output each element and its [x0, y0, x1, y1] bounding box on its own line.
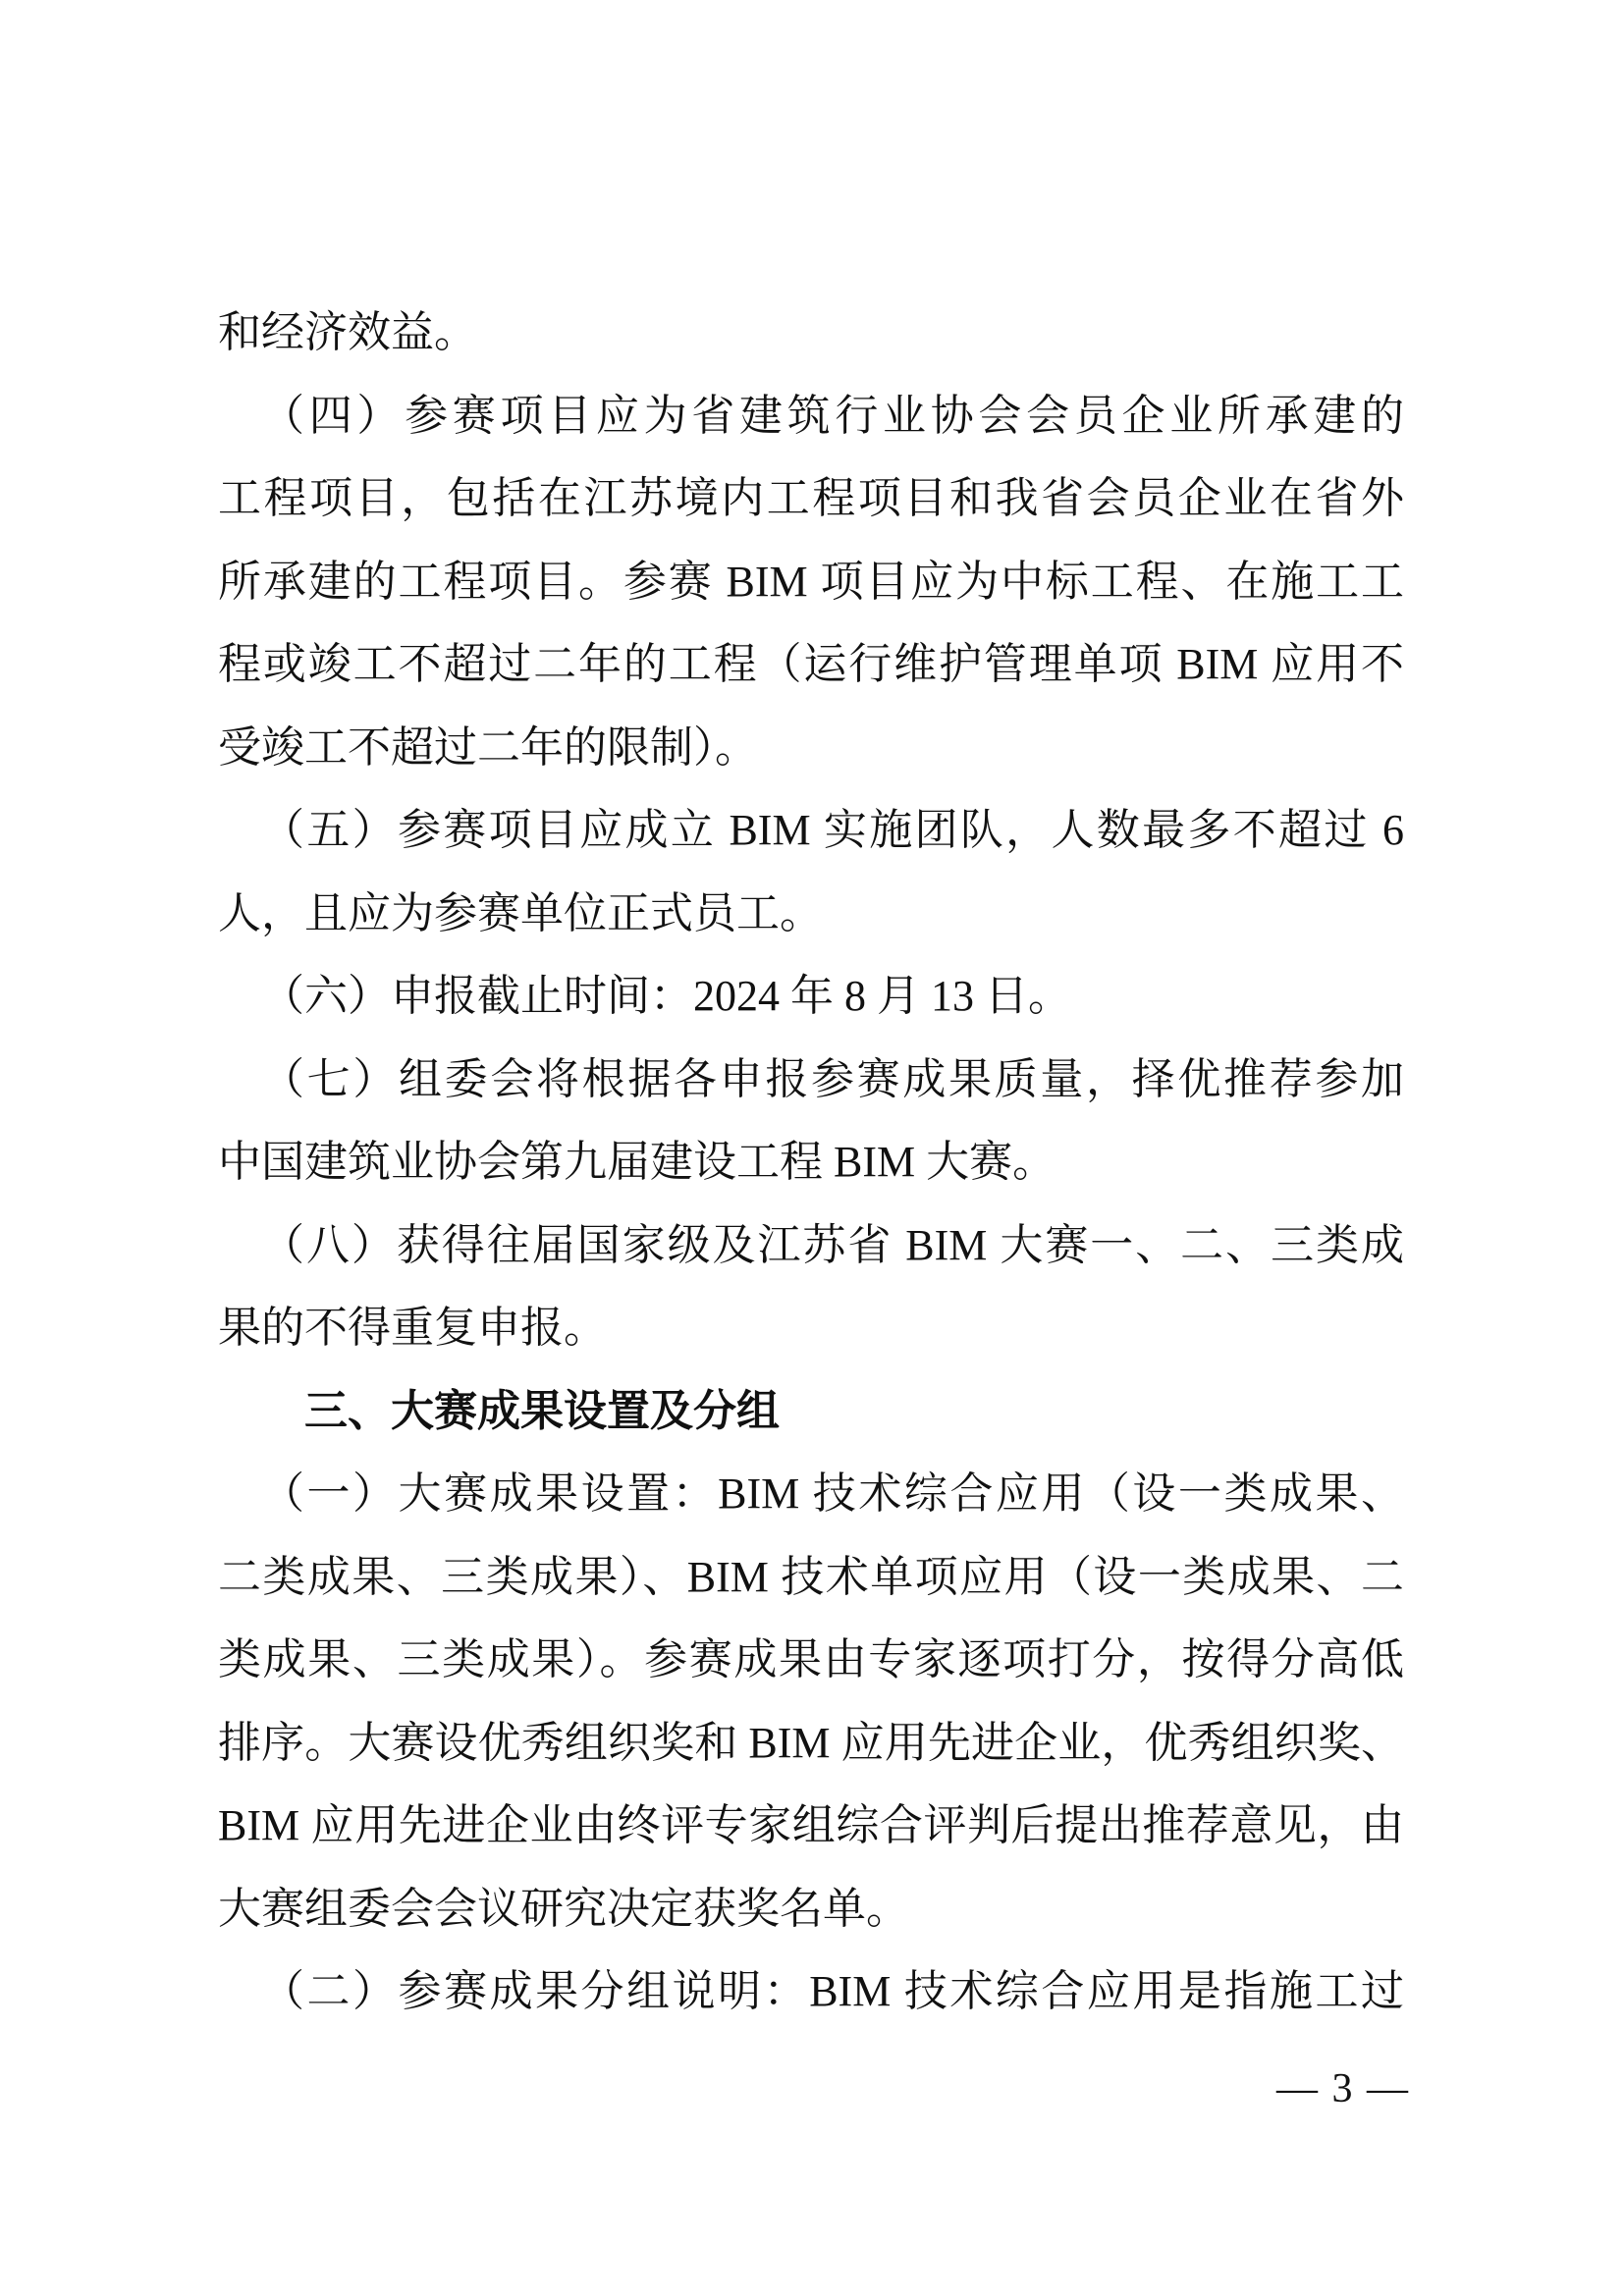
text-line: 果的不得重复申报。 — [218, 1287, 1404, 1370]
text-line: 和经济效益。 — [218, 292, 1404, 375]
text-line: （八）获得往届国家级及江苏省 BIM 大赛一、二、三类成 — [218, 1204, 1404, 1288]
text-line: 工程项目，包括在江苏境内工程项目和我省会员企业在省外 — [218, 457, 1404, 541]
text-line: （七）组委会将根据各申报参赛成果质量，择优推荐参加 — [218, 1039, 1404, 1122]
text-line: 二类成果、三类成果）、BIM 技术单项应用（设一类成果、二 — [218, 1536, 1404, 1620]
text-line: （五）参赛项目应成立 BIM 实施团队，人数最多不超过 6 — [218, 789, 1404, 873]
text-block: 和经济效益。（四）参赛项目应为省建筑行业协会会员企业所承建的工程项目，包括在江苏… — [218, 292, 1404, 2034]
text-line: 类成果、三类成果）。参赛成果由专家逐项打分，按得分高低 — [218, 1619, 1404, 1702]
text-line: 受竣工不超过二年的限制）。 — [218, 707, 1404, 790]
text-line: 人，且应为参赛单位正式员工。 — [218, 873, 1404, 956]
text-line: BIM 应用先进企业由终评专家组综合评判后提出推荐意见，由 — [218, 1785, 1404, 1868]
text-line: （二）参赛成果分组说明：BIM 技术综合应用是指施工过 — [218, 1950, 1404, 2034]
text-line: 程或竣工不超过二年的工程（运行维护管理单项 BIM 应用不 — [218, 623, 1404, 707]
text-line: 排序。大赛设优秀组织奖和 BIM 应用先进企业，优秀组织奖、 — [218, 1702, 1404, 1786]
text-line: （六）申报截止时间：2024 年 8 月 13 日。 — [218, 955, 1404, 1039]
text-line: 中国建筑业协会第九届建设工程 BIM 大赛。 — [218, 1121, 1404, 1204]
document-page: 和经济效益。（四）参赛项目应为省建筑行业协会会员企业所承建的工程项目，包括在江苏… — [0, 0, 1624, 2296]
text-line: （一）大赛成果设置：BIM 技术综合应用（设一类成果、 — [218, 1453, 1404, 1536]
text-line: 大赛组委会会议研究决定获奖名单。 — [218, 1868, 1404, 1951]
section-heading: 三、大赛成果设置及分组 — [218, 1370, 1404, 1454]
text-line: （四）参赛项目应为省建筑行业协会会员企业所承建的 — [218, 375, 1404, 458]
text-line: 所承建的工程项目。参赛 BIM 项目应为中标工程、在施工工 — [218, 541, 1404, 624]
page-number: — 3 — — [1276, 2057, 1410, 2120]
